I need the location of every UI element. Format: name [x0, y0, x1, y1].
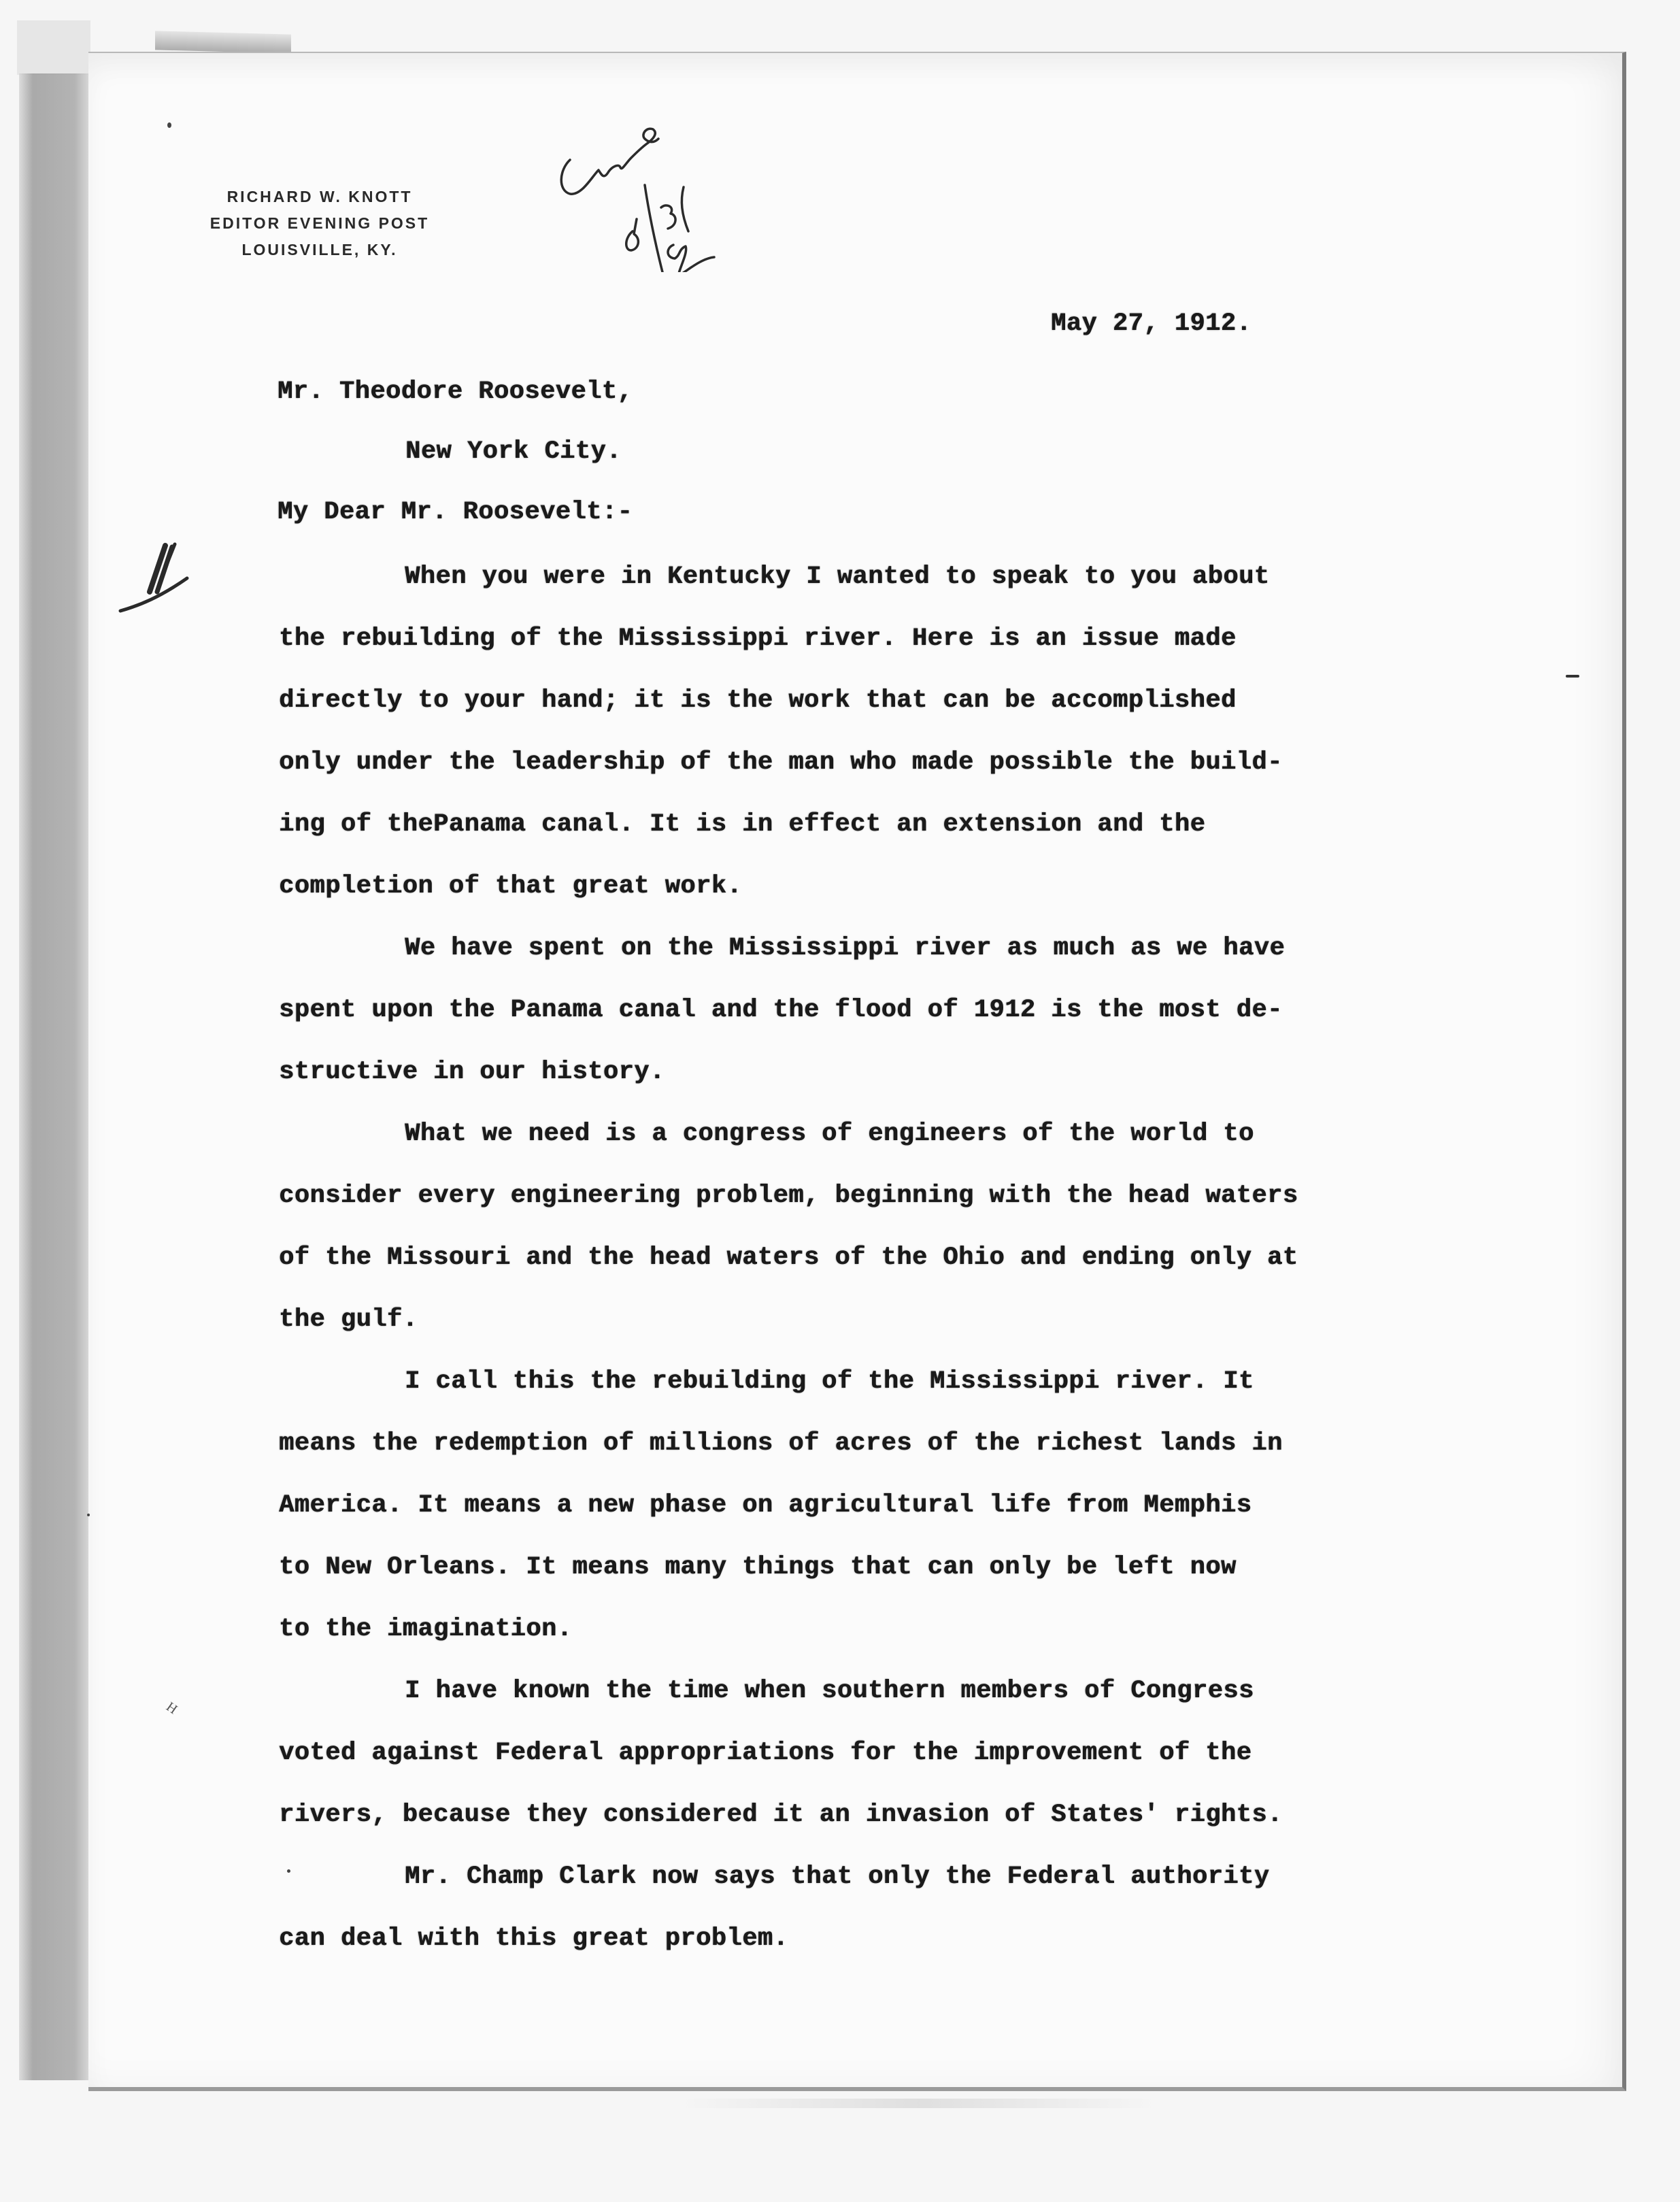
- text-line: I call this the rebuilding of the Missis…: [279, 1361, 1490, 1423]
- letterhead: RICHARD W. KNOTT EDITOR EVENING POST LOU…: [170, 184, 469, 263]
- text-line: structive in our history.: [279, 1052, 1490, 1114]
- text-line: only under the leadership of the man who…: [279, 742, 1490, 804]
- text-line: to New Orleans. It means many things tha…: [279, 1547, 1490, 1609]
- paragraph-4: I call this the rebuilding of the Missis…: [279, 1361, 1490, 1671]
- text-line: Mr. Champ Clark now says that only the F…: [279, 1856, 1490, 1918]
- text-line: to the imagination.: [279, 1609, 1490, 1671]
- letterhead-location: LOUISVILLE, KY.: [170, 237, 469, 263]
- letterhead-name: RICHARD W. KNOTT: [170, 184, 469, 210]
- scan-backing-corner: [17, 20, 90, 75]
- paragraph-3: What we need is a congress of engineers …: [279, 1114, 1490, 1361]
- text-line: America. It means a new phase on agricul…: [279, 1485, 1490, 1547]
- letter-date: May 27, 1912.: [1051, 310, 1251, 338]
- ink-speck: [87, 1514, 90, 1516]
- margin-check-mark-icon: [112, 537, 194, 619]
- text-line: can deal with this great problem.: [279, 1918, 1490, 1980]
- recipient-city: New York City.: [405, 437, 622, 466]
- text-line: We have spent on the Mississippi river a…: [279, 928, 1490, 990]
- text-line: the rebuilding of the Mississippi river.…: [279, 618, 1490, 680]
- scan-backing-strip: [19, 73, 88, 2080]
- text-line: spent upon the Panama canal and the floo…: [279, 990, 1490, 1052]
- ink-speck: [167, 122, 171, 128]
- text-line: consider every engineering problem, begi…: [279, 1175, 1490, 1237]
- letterhead-title: EDITOR EVENING POST: [170, 210, 469, 237]
- text-line: means the redemption of millions of acre…: [279, 1423, 1490, 1485]
- paragraph-5: I have known the time when southern memb…: [279, 1671, 1490, 1856]
- letter-body: When you were in Kentucky I wanted to sp…: [279, 556, 1490, 1980]
- text-line: rivers, because they considered it an in…: [279, 1795, 1490, 1856]
- text-line: directly to your hand; it is the work th…: [279, 680, 1490, 742]
- text-line: completion of that great work.: [279, 866, 1490, 928]
- text-line: ing of thePanama canal. It is in effect …: [279, 804, 1490, 866]
- text-line: of the Missouri and the head waters of t…: [279, 1237, 1490, 1299]
- text-line: voted against Federal appropriations for…: [279, 1733, 1490, 1795]
- paragraph-2: We have spent on the Mississippi river a…: [279, 928, 1490, 1114]
- text-line: I have known the time when southern memb…: [279, 1671, 1490, 1733]
- scan-backing-top-strip: [155, 31, 291, 53]
- margin-dash: [1566, 675, 1579, 678]
- handwritten-annotation-icon: [544, 68, 748, 272]
- text-line: When you were in Kentucky I wanted to sp…: [279, 556, 1490, 618]
- bleed-through-mark: [680, 2099, 1156, 2108]
- text-line: the gulf.: [279, 1299, 1490, 1361]
- paragraph-1: When you were in Kentucky I wanted to sp…: [279, 556, 1490, 928]
- salutation: My Dear Mr. Roosevelt:-: [278, 498, 633, 527]
- paragraph-6: Mr. Champ Clark now says that only the F…: [279, 1856, 1490, 1980]
- text-line: What we need is a congress of engineers …: [279, 1114, 1490, 1175]
- recipient-name: Mr. Theodore Roosevelt,: [278, 378, 633, 406]
